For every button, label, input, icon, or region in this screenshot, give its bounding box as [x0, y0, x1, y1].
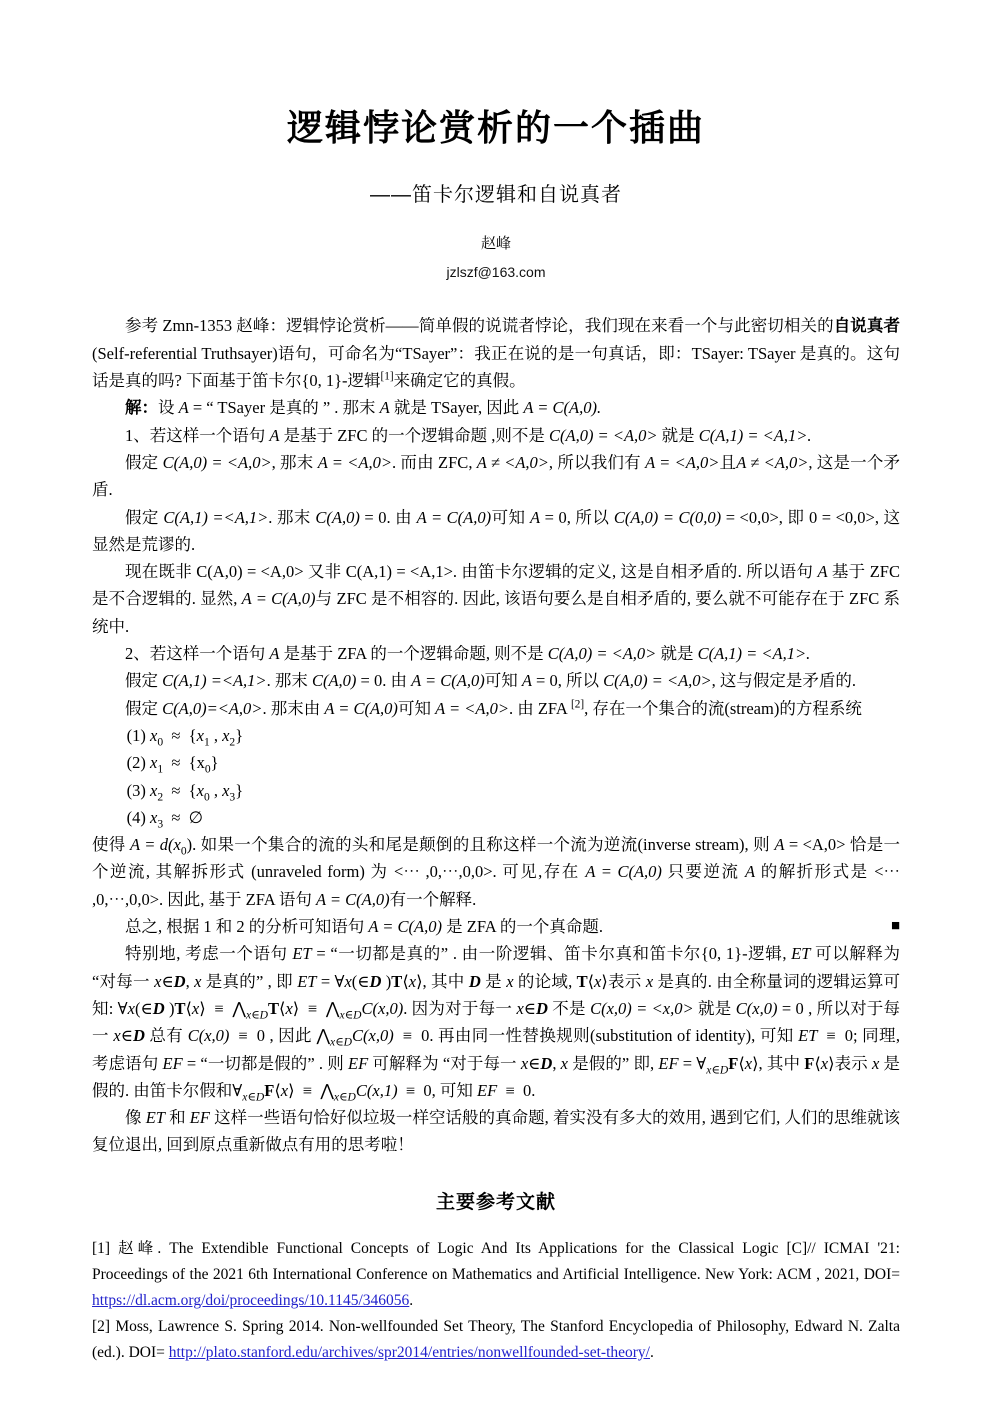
text-segment: x∈D: [330, 1037, 352, 1049]
text-segment: ≈ {x: [163, 753, 205, 772]
text-segment: ,: [210, 726, 222, 745]
text-segment: = 0. 由: [356, 671, 411, 690]
p-summary: 总之, 根据 1 和 2 的分析可知语句 A = C(A,0) 是 ZFA 的一…: [92, 913, 900, 940]
text-segment: . 而由 ZFC,: [392, 453, 477, 472]
text-segment: ⟩ ≡ ⋀: [293, 999, 340, 1018]
text-segment: 现在既非 C(A,0) = <A,0> 又非 C(A,1) = <A,1>. 由…: [125, 562, 817, 581]
text-segment: = “一切都是真的” . 由一阶逻辑、笛卡尔真和笛卡尔{0, 1}-逻辑,: [312, 944, 792, 963]
text-segment: A: [269, 426, 279, 445]
reference-2: [2] Moss, Lawrence S. Spring 2014. Non-w…: [92, 1314, 900, 1366]
text-segment: 和: [165, 1108, 190, 1127]
p-case1-assume1: 假定 C(A,0) = <A,0>, 那末 A = <A,0>. 而由 ZFC,…: [92, 449, 900, 504]
text-segment: ■: [858, 913, 900, 940]
text-segment: ET: [146, 1108, 165, 1127]
text-segment: x: [516, 999, 523, 1018]
text-segment: A = C(A,0).: [523, 398, 601, 417]
text-segment: ∈: [121, 1026, 133, 1045]
text-segment: T: [174, 999, 185, 1018]
text-segment: .: [650, 1344, 654, 1361]
text-segment: ): [381, 972, 391, 991]
text-segment: EF: [658, 1054, 678, 1073]
text-segment: 总有: [145, 1026, 188, 1045]
text-segment: . 由 ZFA: [509, 699, 571, 718]
text-segment: ≈ ∅: [163, 808, 203, 827]
p-case2-assume2: 假定 C(A,0)=<A,0>. 那末由 A = C(A,0)可知 A = <A…: [92, 695, 900, 722]
text-segment: A ≠ <A,0>: [477, 453, 549, 472]
text-segment: x: [197, 726, 204, 745]
text-segment: . 那末由: [262, 699, 324, 718]
reference-link[interactable]: http://plato.stanford.edu/archives/spr20…: [169, 1344, 650, 1361]
text-segment: F: [804, 1054, 814, 1073]
text-segment: EF: [348, 1054, 368, 1073]
text-segment: F: [264, 1081, 274, 1100]
text-segment: C(A,1) =<A,1>: [163, 508, 268, 527]
text-segment: T: [391, 972, 402, 991]
text-segment: (4): [127, 808, 150, 827]
text-segment: C(A,1) = <A,1>.: [698, 644, 811, 663]
text-segment: ≡ 0. 再由同一性替换规则(substitution of identity)…: [394, 1026, 798, 1045]
text-segment: }: [235, 726, 243, 745]
text-segment: 是基于 ZFC 的一个逻辑命题 ,则不是: [279, 426, 549, 445]
text-segment: A = C(A,0): [417, 508, 491, 527]
text-segment: ∈: [161, 972, 173, 991]
p-case1: 1、若这样一个语句 A 是基于 ZFC 的一个逻辑命题 ,则不是 C(A,0) …: [92, 422, 900, 449]
text-segment: C(A,0): [312, 671, 356, 690]
text-segment: A: [817, 562, 827, 581]
text-segment: }: [235, 781, 243, 800]
text-segment: C(A,0) = C(0,0): [614, 508, 721, 527]
reference-link[interactable]: https://dl.acm.org/doi/proceedings/10.11…: [92, 1292, 409, 1309]
text-segment: A = C(A,0): [411, 671, 485, 690]
text-segment: A = C(A,0): [242, 589, 316, 608]
text-segment: ⟩, 其中: [752, 1054, 804, 1073]
text-segment: C(A,1) =<A,1>: [162, 671, 266, 690]
text-segment: T: [577, 972, 588, 991]
text-segment: 设: [158, 398, 179, 417]
text-segment: 可知: [485, 671, 522, 690]
text-segment: . 因为对于每一: [403, 999, 516, 1018]
equation-1: (1) x0 ≈ {x1 , x2}: [127, 722, 900, 749]
text-segment: 特别地, 考虑一个语句: [125, 944, 292, 963]
text-segment: 是: [481, 972, 506, 991]
text-segment: = ∀: [316, 972, 344, 991]
text-segment: x: [506, 972, 513, 991]
text-segment: ⟩ ≡ ⋀: [288, 1081, 334, 1100]
text-segment: 参考 Zmn-1353 赵峰：逻辑悖论赏析——简单假的说谎者悖论，我们现在来看一…: [125, 316, 834, 335]
text-segment: 这样一些语句恰好似垃圾一样空话般的真命题, 着实没有多大的效用, 遇到它们, 人…: [92, 1108, 900, 1154]
text-segment: [2]: [571, 698, 584, 710]
text-segment: 就是 TSayer, 因此: [390, 398, 524, 417]
text-segment: C(x,1): [356, 1081, 398, 1100]
text-segment: D: [536, 999, 548, 1018]
text-segment: = “一切都是假的” . 则: [183, 1054, 348, 1073]
p-case2: 2、若这样一个语句 A 是基于 ZFA 的一个逻辑命题, 则不是 C(A,0) …: [92, 640, 900, 667]
text-segment: D: [370, 972, 382, 991]
text-segment: 总之, 根据 1 和 2 的分析可知语句: [125, 917, 368, 936]
p-case1-assume2: 假定 C(A,1) =<A,1>. 那末 C(A,0) = 0. 由 A = C…: [92, 504, 900, 559]
text-segment: 只要逆流: [662, 862, 745, 881]
text-segment: 2、若这样一个语句: [125, 644, 269, 663]
text-segment: , 这与假定是矛盾的.: [712, 671, 856, 690]
equation-2: (2) x1 ≈ {x0}: [127, 749, 900, 776]
text-segment: (∈: [352, 972, 370, 991]
text-segment: x: [344, 972, 351, 991]
text-segment: EF: [163, 1054, 183, 1073]
text-segment: A: [745, 862, 755, 881]
text-segment: ≡ 0, 可知: [398, 1081, 477, 1100]
text-segment: A = C(A,0): [368, 917, 442, 936]
text-segment: 自说真者: [834, 316, 900, 335]
text-segment: x: [561, 1054, 568, 1073]
text-segment: = ∀: [679, 1054, 707, 1073]
text-segment: C(x,0): [736, 999, 778, 1018]
text-segment: ≈ {: [163, 726, 196, 745]
text-segment: 有一个解释.: [390, 890, 477, 909]
text-segment: ≡ 0.: [497, 1081, 535, 1100]
text-segment: .: [409, 1292, 413, 1309]
text-segment: , 那末: [272, 453, 318, 472]
author-email: jzlszf@163.com: [92, 265, 900, 280]
text-segment: A = C(A,0): [585, 862, 662, 881]
text-segment: (∈: [135, 999, 153, 1018]
text-segment: A: [522, 671, 532, 690]
text-segment: D: [540, 1054, 552, 1073]
text-segment: A = <A,0>: [645, 453, 719, 472]
text-segment: ∈: [528, 1054, 540, 1073]
p-closing: 像 ET 和 EF 这样一些语句恰好似垃圾一样空话般的真命题, 着实没有多大的效…: [92, 1104, 900, 1159]
text-segment: A = C(A,0): [324, 699, 398, 718]
text-segment: x: [128, 999, 135, 1018]
page-title: 逻辑悖论赏析的一个插曲: [92, 108, 900, 148]
text-segment: T: [268, 999, 279, 1018]
text-segment: 使得: [92, 835, 130, 854]
text-segment: ⟩, 其中: [416, 972, 469, 991]
document-page: 逻辑悖论赏析的一个插曲 ——笛卡尔逻辑和自说真者 赵峰 jzlszf@163.c…: [0, 0, 992, 1403]
text-segment: ⟩表示: [601, 972, 646, 991]
text-segment: D: [153, 999, 165, 1018]
text-segment: 不是: [548, 999, 590, 1018]
p-intro: 参考 Zmn-1353 赵峰：逻辑悖论赏析——简单假的说谎者悖论，我们现在来看一…: [92, 312, 900, 394]
text-segment: A: [269, 644, 279, 663]
text-segment: C(A,0)=<A,0>: [162, 699, 262, 718]
text-segment: ET: [297, 972, 316, 991]
text-segment: = “ TSayer 是真的 ” . 那末: [189, 398, 380, 417]
references-list: [1] 赵峰. The Extendible Functional Concep…: [92, 1236, 900, 1366]
text-segment: A = d(x: [130, 835, 181, 854]
text-segment: 1、若这样一个语句: [125, 426, 269, 445]
text-segment: C(x,0): [362, 999, 404, 1018]
text-segment: C(A,0) = <A,0>: [603, 671, 712, 690]
p-case2-assume1: 假定 C(A,1) =<A,1>. 那末 C(A,0) = 0. 由 A = C…: [92, 667, 900, 694]
text-segment: 来确定它的真假。: [394, 371, 526, 390]
text-segment: }: [211, 753, 219, 772]
text-segment: ⟩表示: [828, 1054, 872, 1073]
references-heading: 主要参考文献: [92, 1187, 900, 1214]
text-segment: F: [728, 1054, 738, 1073]
text-segment: x: [409, 972, 416, 991]
text-segment: ⟩ ≡ ⋀: [199, 999, 246, 1018]
text-segment: x: [285, 999, 292, 1018]
text-segment: (1): [127, 726, 150, 745]
text-segment: 可知: [491, 508, 530, 527]
text-segment: . 那末: [267, 671, 312, 690]
text-segment: 像: [125, 1108, 146, 1127]
text-segment: 的论域,: [514, 972, 577, 991]
text-segment: = 0, 所以: [532, 671, 603, 690]
text-segment: A = C(A,0): [316, 890, 390, 909]
text-segment: 假定: [125, 453, 163, 472]
text-segment: A = <A,0>: [435, 699, 509, 718]
text-segment: ≡ 0 , 因此 ⋀: [229, 1026, 330, 1045]
p-et-ef: 特别地, 考虑一个语句 ET = “一切都是真的” . 由一阶逻辑、笛卡尔真和笛…: [92, 940, 900, 1104]
text-segment: ET: [791, 944, 810, 963]
text-segment: 是真的” , 即: [201, 972, 297, 991]
text-segment: 假定: [125, 671, 162, 690]
text-segment: 是 ZFA 的一个真命题.: [442, 917, 603, 936]
text-segment: ,: [186, 972, 194, 991]
text-segment: A: [774, 835, 784, 854]
text-segment: A ≠ <A,0>: [736, 453, 808, 472]
text-segment: ET: [798, 1026, 817, 1045]
p-stream-explanation: 使得 A = d(x0). 如果一个集合的流的头和尾是颠倒的且称这样一个流为逆流…: [92, 831, 900, 913]
text-segment: = 0, 所以: [540, 508, 614, 527]
text-segment: ∈: [524, 999, 536, 1018]
text-segment: 就是: [694, 999, 736, 1018]
text-segment: C(x,0): [188, 1026, 230, 1045]
document-body: 参考 Zmn-1353 赵峰：逻辑悖论赏析——简单假的说谎者悖论，我们现在来看一…: [92, 312, 900, 1158]
text-segment: 且: [719, 453, 736, 472]
text-segment: ): [165, 999, 175, 1018]
text-segment: , 存在一个集合的流(stream)的方程系统: [584, 699, 862, 718]
text-segment: x: [113, 1026, 120, 1045]
text-segment: (3): [127, 781, 150, 800]
text-segment: x: [197, 781, 204, 800]
equation-3: (3) x2 ≈ {x0 , x3}: [127, 777, 900, 804]
text-segment: 假定: [125, 508, 163, 527]
text-segment: A: [380, 398, 390, 417]
text-segment: 是基于 ZFA 的一个逻辑命题, 则不是: [279, 644, 547, 663]
text-segment: C(x,0) = <x,0>: [590, 999, 694, 1018]
text-segment: 就是: [656, 644, 697, 663]
text-segment: 假定: [125, 699, 162, 718]
text-segment: ). 如果一个集合的流的头和尾是颠倒的且称这样一个流为逆流(inverse st…: [187, 835, 775, 854]
text-segment: C(A,0) = <A,0>: [163, 453, 272, 472]
text-segment: ,: [552, 1054, 560, 1073]
text-segment: x∈D: [706, 1064, 728, 1076]
text-segment: [1] 赵峰. The Extendible Functional Concep…: [92, 1240, 900, 1283]
text-segment: A = <A,0>: [318, 453, 392, 472]
text-segment: = 0. 由: [360, 508, 417, 527]
text-segment: [1]: [381, 371, 394, 383]
page-subtitle: ——笛卡尔逻辑和自说真者: [92, 184, 900, 206]
text-segment: 可知: [398, 699, 435, 718]
text-segment: , 所以我们有: [549, 453, 645, 472]
text-segment: C(x,0): [352, 1026, 394, 1045]
text-segment: x: [281, 1081, 288, 1100]
text-segment: D: [133, 1026, 145, 1045]
text-segment: ET: [292, 944, 311, 963]
text-segment: A: [530, 508, 540, 527]
text-segment: D: [469, 972, 481, 991]
text-segment: 就是: [658, 426, 699, 445]
text-segment: 是假的” 即,: [568, 1054, 658, 1073]
author-name: 赵峰: [92, 236, 900, 253]
text-segment: x∈D: [242, 1091, 264, 1103]
text-segment: ,: [210, 781, 222, 800]
p-case1-conclusion: 现在既非 C(A,0) = <A,0> 又非 C(A,1) = <A,1>. 由…: [92, 558, 900, 640]
text-segment: EF: [477, 1081, 497, 1100]
text-segment: C(A,0) = <A,0>: [548, 644, 657, 663]
reference-1: [1] 赵峰. The Extendible Functional Concep…: [92, 1236, 900, 1314]
text-segment: (2): [127, 753, 150, 772]
text-segment: 解：: [125, 398, 158, 417]
text-segment: A: [179, 398, 189, 417]
text-segment: x∈D: [339, 1009, 361, 1021]
text-segment: C(A,1) = <A,1>.: [699, 426, 812, 445]
text-segment: EF: [190, 1108, 210, 1127]
text-segment: C(A,0) = <A,0>: [549, 426, 658, 445]
text-segment: x∈D: [334, 1091, 356, 1103]
text-segment: x∈D: [246, 1009, 268, 1021]
text-segment: . 那末: [268, 508, 315, 527]
text-segment: ≈ {: [163, 781, 196, 800]
text-segment: C(A,0): [315, 508, 359, 527]
equation-4: (4) x3 ≈ ∅: [127, 804, 900, 831]
text-segment: D: [174, 972, 186, 991]
text-segment: 可解释为 “对于每一: [368, 1054, 521, 1073]
p-solution: 解：设 A = “ TSayer 是真的 ” . 那末 A 就是 TSayer,…: [92, 394, 900, 421]
